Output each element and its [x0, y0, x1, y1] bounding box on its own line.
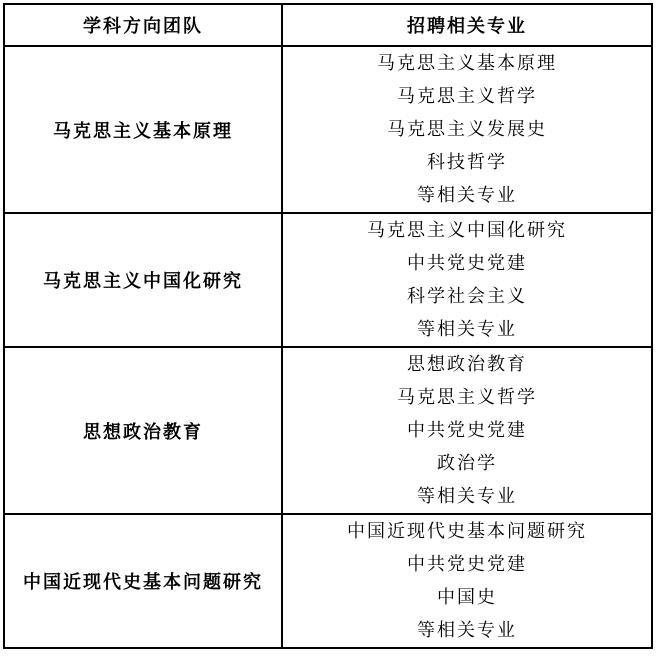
- major-item: 等相关专业: [283, 313, 651, 346]
- major-item: 马克思主义基本原理: [283, 47, 651, 80]
- major-item: 等相关专业: [283, 179, 651, 212]
- team-cell: 中国近现代史基本问题研究: [4, 514, 282, 648]
- major-item: 中国史: [283, 581, 651, 614]
- recruitment-majors-table: 学科方向团队 招聘相关专业 马克思主义基本原理 马克思主义基本原理 马克思主义哲…: [3, 3, 653, 649]
- major-item: 等相关专业: [283, 614, 651, 647]
- majors-cell: 中国近现代史基本问题研究 中共党史党建 中国史 等相关专业: [282, 514, 652, 648]
- column-header-team: 学科方向团队: [4, 4, 282, 46]
- table-row: 思想政治教育 思想政治教育 马克思主义哲学 中共党史党建 政治学 等相关专业: [4, 347, 652, 514]
- major-item: 中共党史党建: [283, 247, 651, 280]
- major-item: 马克思主义哲学: [283, 381, 651, 414]
- header-row: 学科方向团队 招聘相关专业: [4, 4, 652, 46]
- major-item: 马克思主义发展史: [283, 113, 651, 146]
- major-item: 政治学: [283, 447, 651, 480]
- majors-cell: 马克思主义基本原理 马克思主义哲学 马克思主义发展史 科技哲学 等相关专业: [282, 46, 652, 213]
- major-item: 马克思主义中国化研究: [283, 214, 651, 247]
- table-row: 马克思主义基本原理 马克思主义基本原理 马克思主义哲学 马克思主义发展史 科技哲…: [4, 46, 652, 213]
- major-item: 等相关专业: [283, 480, 651, 513]
- major-item: 科技哲学: [283, 146, 651, 179]
- column-header-majors: 招聘相关专业: [282, 4, 652, 46]
- major-item: 马克思主义哲学: [283, 80, 651, 113]
- table-row: 马克思主义中国化研究 马克思主义中国化研究 中共党史党建 科学社会主义 等相关专…: [4, 213, 652, 347]
- major-item: 科学社会主义: [283, 280, 651, 313]
- major-item: 中共党史党建: [283, 548, 651, 581]
- major-item: 中国近现代史基本问题研究: [283, 515, 651, 548]
- team-cell: 马克思主义基本原理: [4, 46, 282, 213]
- team-cell: 马克思主义中国化研究: [4, 213, 282, 347]
- team-cell: 思想政治教育: [4, 347, 282, 514]
- major-item: 中共党史党建: [283, 414, 651, 447]
- majors-cell: 思想政治教育 马克思主义哲学 中共党史党建 政治学 等相关专业: [282, 347, 652, 514]
- table-row: 中国近现代史基本问题研究 中国近现代史基本问题研究 中共党史党建 中国史 等相关…: [4, 514, 652, 648]
- major-item: 思想政治教育: [283, 348, 651, 381]
- majors-cell: 马克思主义中国化研究 中共党史党建 科学社会主义 等相关专业: [282, 213, 652, 347]
